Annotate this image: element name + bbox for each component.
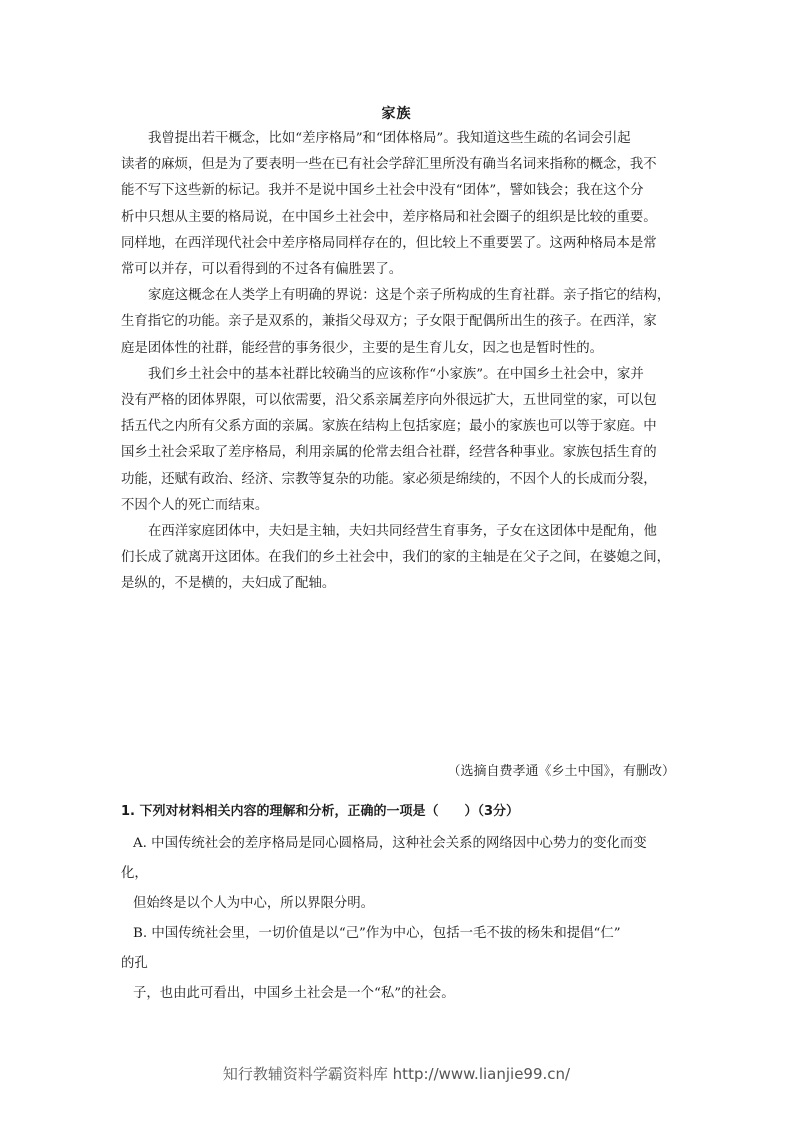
option-b: B. 中国传统社会里，一切价值是以“己”作为中心，包括一毛不拔的杨朱和提倡“仁”… xyxy=(121,919,681,1009)
option-line: B. 中国传统社会里，一切价值是以“己”作为中心，包括一毛不拔的杨朱和提倡“仁” xyxy=(121,919,681,949)
paragraph-2: 家庭这概念在人类学上有明确的界说：这是个亲子所构成的生育社群。亲子指它的结构， … xyxy=(121,283,674,362)
option-line: 化， xyxy=(121,859,681,889)
document-page: 家族 我曾提出若干概念，比如“差序格局”和“团体格局”。我知道这些生疏的名词会引… xyxy=(0,0,793,1122)
option-line: 但始终是以个人为中心，所以界限分明。 xyxy=(121,889,681,919)
paragraph-line: 能不写下这些新的标记。我并不是说中国乡土社会中没有“团体”，譬如钱会；我在这个分 xyxy=(121,178,674,204)
paragraph-line: 不因个人的死亡而结束。 xyxy=(121,493,674,519)
paragraph-line: 在西洋家庭团体中，夫妇是主轴，夫妇共同经营生育事务，子女在这团体中是配角，他 xyxy=(121,519,674,545)
paragraph-line: 我们乡土社会中的基本社群比较确当的应该称作“小家族”。在中国乡土社会中，家并 xyxy=(121,362,674,388)
paragraph-3: 我们乡土社会中的基本社群比较确当的应该称作“小家族”。在中国乡土社会中，家并 没… xyxy=(121,362,674,519)
paragraph-line: 庭是团体性的社群，能经营的事务很少，主要的是生育儿女，因之也是暂时性的。 xyxy=(121,336,674,362)
paragraph-line: 同样地，在西洋现代社会中差序格局同样存在的，但比较上不重要罢了。这两种格局本是常 xyxy=(121,231,674,257)
paragraph-line: 国乡土社会采取了差序格局，利用亲属的伦常去组合社群，经营各种事业。家族包括生育的 xyxy=(121,440,674,466)
paragraph-4: 在西洋家庭团体中，夫妇是主轴，夫妇共同经营生育事务，子女在这团体中是配角，他 们… xyxy=(121,519,674,598)
source-citation: （选摘自费孝通《乡土中国》，有删改） xyxy=(447,760,675,779)
option-line: 的孔 xyxy=(121,949,681,979)
paragraph-line: 没有严格的团体界限，可以依需要，沿父系亲属差序向外很远扩大，五世同堂的家，可以包 xyxy=(121,388,674,414)
paragraph-line: 我曾提出若干概念，比如“差序格局”和“团体格局”。我知道这些生疏的名词会引起 xyxy=(121,126,674,152)
paragraph-line: 常可以并存，可以看得到的不过各有偏胜罢了。 xyxy=(121,257,674,283)
option-a: A. 中国传统社会的差序格局是同心圆格局，这种社会关系的网络因中心势力的变化而变… xyxy=(121,829,681,919)
document-title: 家族 xyxy=(0,103,793,123)
paragraph-line: 们长成了就离开这团体。在我们的乡土社会中，我们的家的主轴是在父子之间，在婆媳之间… xyxy=(121,545,674,571)
answer-options: A. 中国传统社会的差序格局是同心圆格局，这种社会关系的网络因中心势力的变化而变… xyxy=(121,829,681,1009)
paragraph-line: 是纵的，不是横的，夫妇成了配轴。 xyxy=(121,571,674,597)
option-line: A. 中国传统社会的差序格局是同心圆格局，这种社会关系的网络因中心势力的变化而变 xyxy=(121,829,681,859)
option-line: 子，也由此可看出，中国乡土社会是一个“私”的社会。 xyxy=(121,979,681,1009)
question-stem: 1. 下列对材料相关内容的理解和分析，正确的一项是（ ）（3分） xyxy=(121,800,519,819)
paragraph-line: 读者的麻烦，但是为了要表明一些在已有社会学辞汇里所没有确当名词来指称的概念，我不 xyxy=(121,152,674,178)
footer-watermark: 知行教辅资料学霸资料库 http://www.lianjie99.cn/ xyxy=(0,1063,793,1084)
paragraph-line: 生育指它的功能。亲子是双系的，兼指父母双方；子女限于配偶所出生的孩子。在西洋，家 xyxy=(121,309,674,335)
paragraph-1: 我曾提出若干概念，比如“差序格局”和“团体格局”。我知道这些生疏的名词会引起 读… xyxy=(121,126,674,283)
paragraph-line: 括五代之内所有父系方面的亲属。家族在结构上包括家庭；最小的家族也可以等于家庭。中 xyxy=(121,414,674,440)
paragraph-line: 功能，还赋有政治、经济、宗教等复杂的功能。家必须是绵续的，不因个人的长成而分裂， xyxy=(121,467,674,493)
passage-body: 我曾提出若干概念，比如“差序格局”和“团体格局”。我知道这些生疏的名词会引起 读… xyxy=(121,126,674,598)
paragraph-line: 析中只想从主要的格局说，在中国乡土社会中，差序格局和社会圈子的组织是比较的重要。 xyxy=(121,205,674,231)
paragraph-line: 家庭这概念在人类学上有明确的界说：这是个亲子所构成的生育社群。亲子指它的结构， xyxy=(121,283,674,309)
